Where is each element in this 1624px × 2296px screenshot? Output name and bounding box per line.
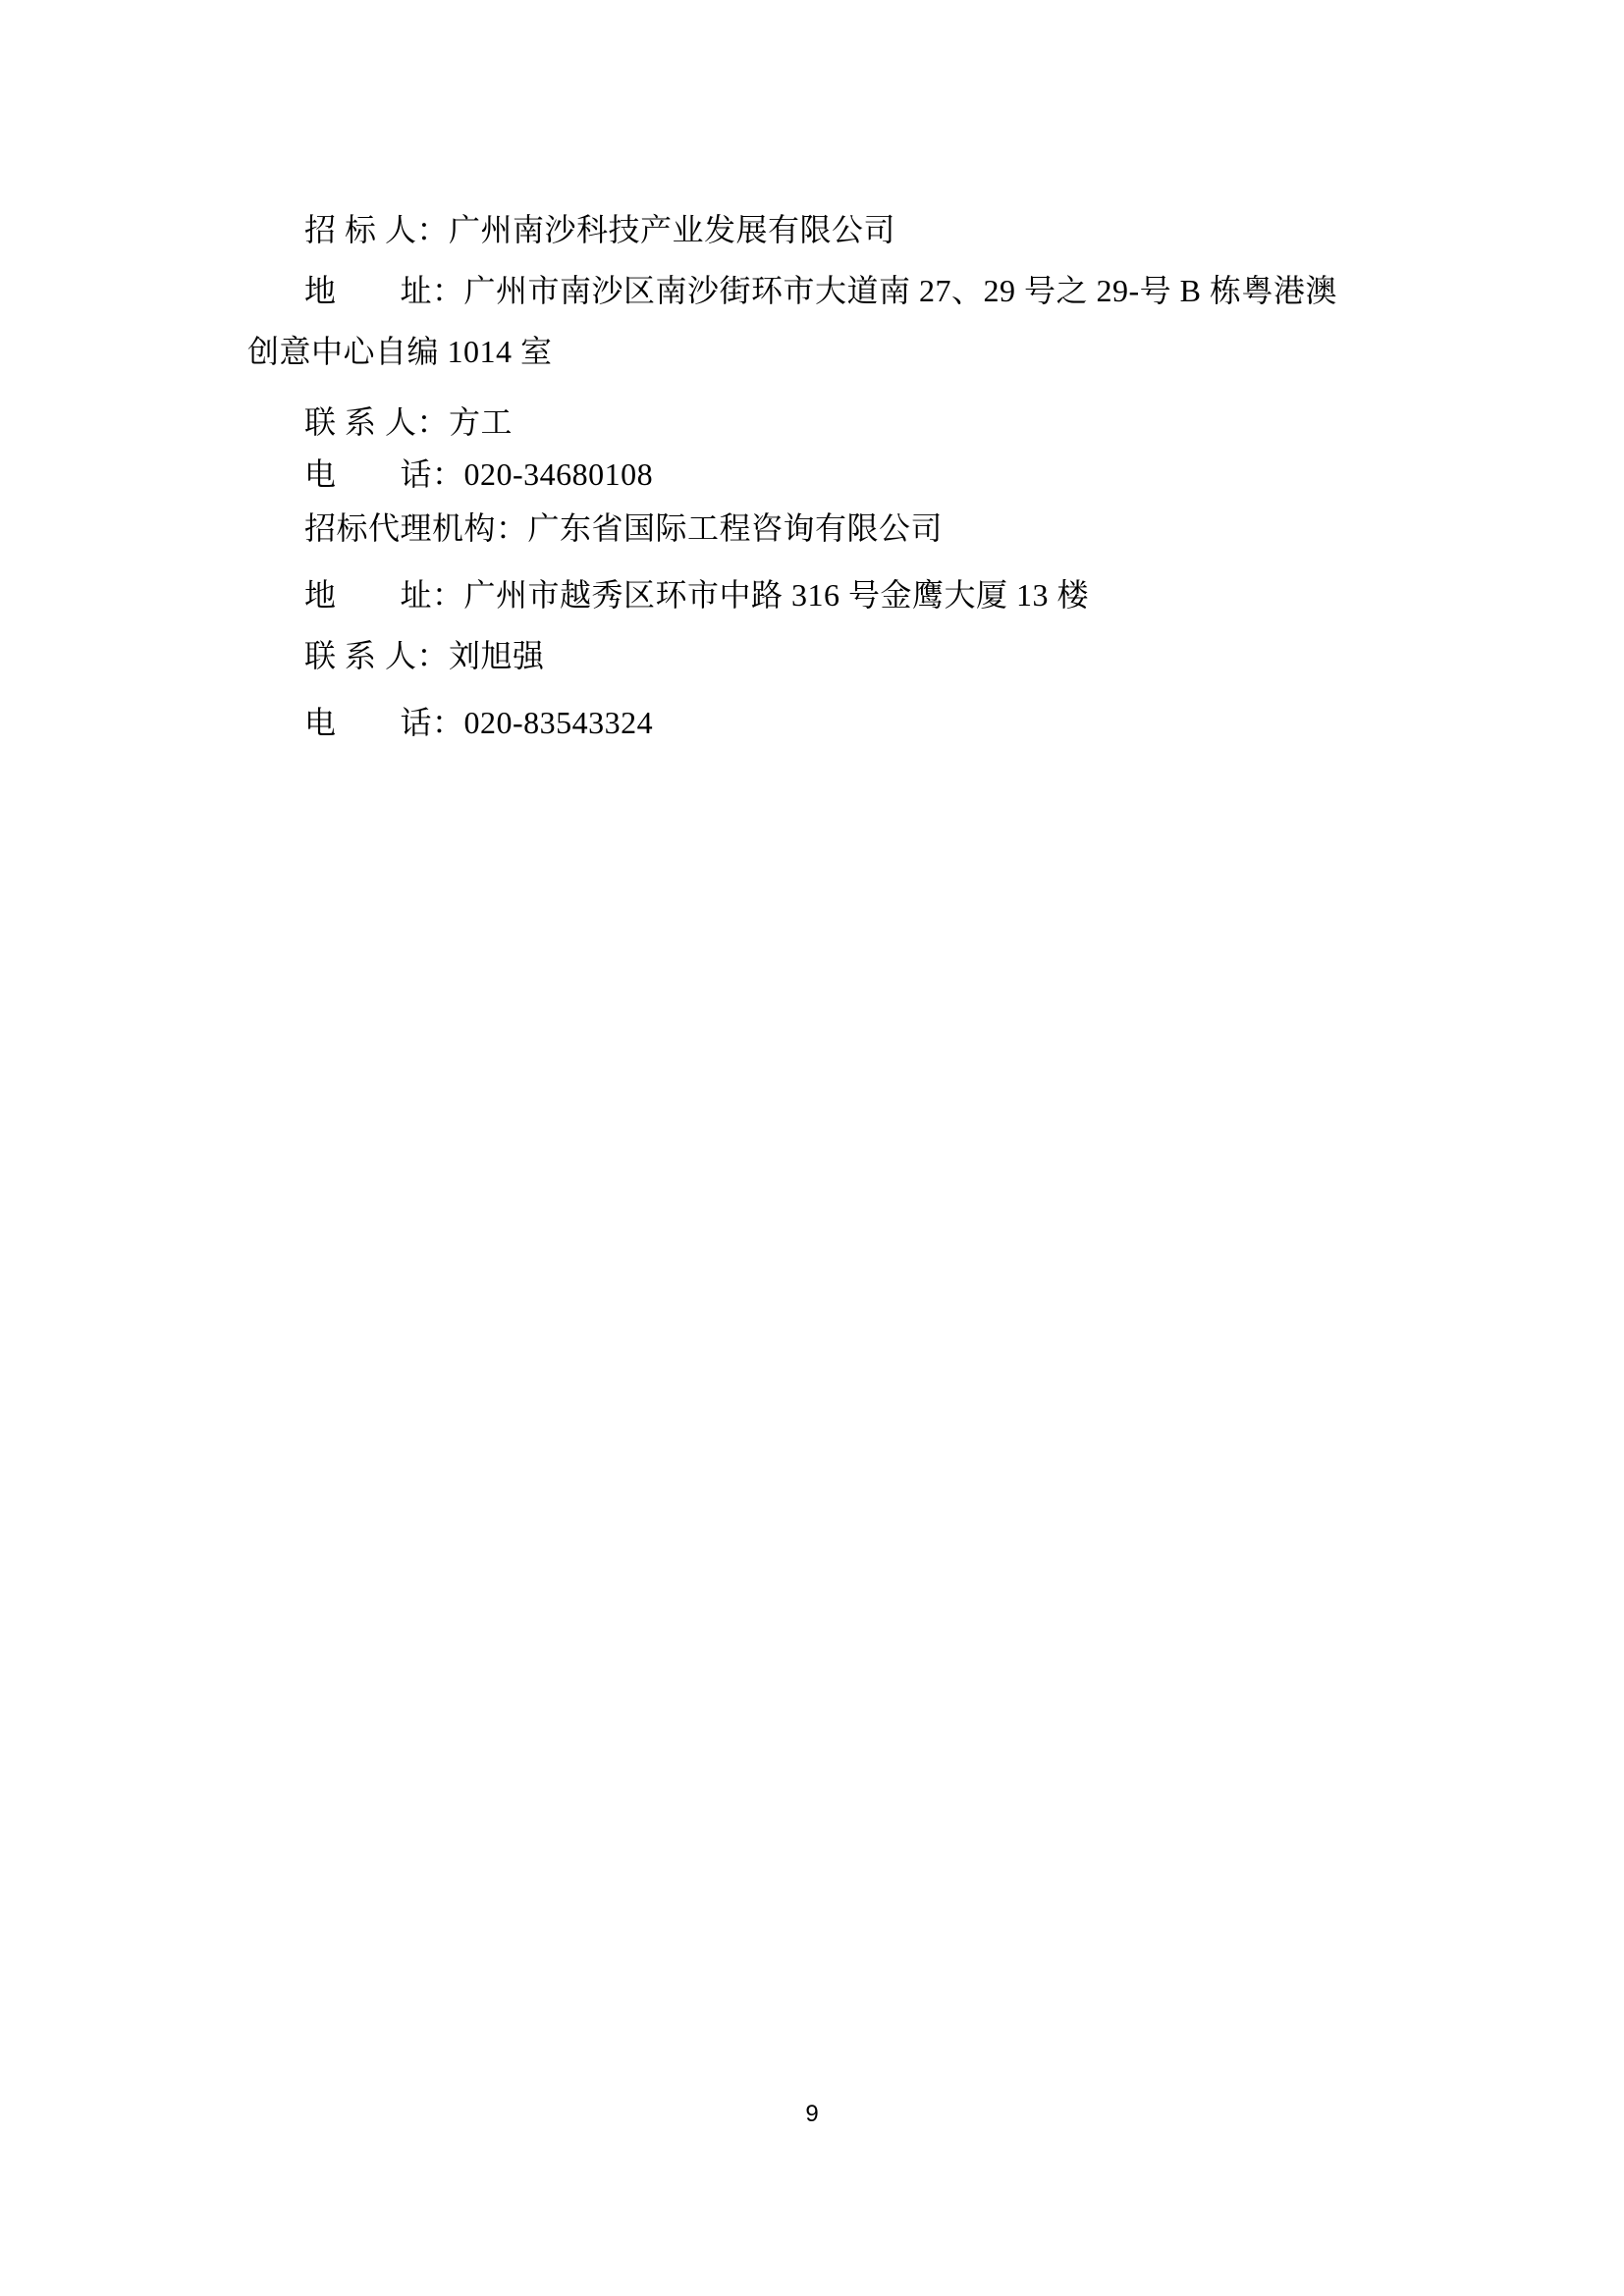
tenderer-name-line: 招 标 人：广州南沙科技产业发展有限公司 (304, 212, 895, 247)
tenderer-address-label: 地 址： (304, 273, 464, 308)
agency-address-label: 地 址： (304, 577, 464, 613)
document-page: 招 标 人：广州南沙科技产业发展有限公司 地 址：广州市南沙区南沙街环市大道南 … (0, 0, 1624, 2296)
tenderer-name-label: 招 标 人： (304, 212, 449, 247)
tenderer-address-line: 地 址：广州市南沙区南沙街环市大道南 27、29 号之 29-号 B 栋粤港澳 (304, 273, 1337, 308)
tenderer-contact-line: 联 系 人：方工 (304, 404, 513, 440)
tenderer-contact-label: 联 系 人： (304, 404, 449, 440)
tenderer-address-value-1: 广州市南沙区南沙街环市大道南 27、29 号之 29-号 B 栋粤港澳 (464, 273, 1338, 308)
tenderer-name-value: 广州南沙科技产业发展有限公司 (449, 212, 895, 247)
tenderer-phone-value: 020-34680108 (464, 456, 654, 492)
tenderer-contact-value: 方工 (449, 404, 513, 440)
agency-address-value: 广州市越秀区环市中路 316 号金鹰大厦 13 楼 (464, 577, 1090, 613)
agency-name-value: 广东省国际工程咨询有限公司 (528, 510, 944, 546)
tenderer-phone-label: 电 话： (304, 456, 464, 492)
agency-contact-label: 联 系 人： (304, 638, 449, 673)
agency-phone-label: 电 话： (304, 705, 464, 740)
agency-address-line: 地 址：广州市越秀区环市中路 316 号金鹰大厦 13 楼 (304, 577, 1089, 613)
agency-phone-value: 020-83543324 (464, 705, 654, 740)
agency-contact-line: 联 系 人：刘旭强 (304, 638, 545, 673)
tenderer-phone-line: 电 话：020-34680108 (304, 456, 653, 492)
agency-name-label: 招标代理机构： (304, 510, 528, 546)
tenderer-address-value-2: 创意中心自编 1014 室 (247, 334, 553, 369)
agency-phone-line: 电 话：020-83543324 (304, 705, 653, 740)
agency-name-line: 招标代理机构：广东省国际工程咨询有限公司 (304, 510, 943, 546)
page-number: 9 (0, 2101, 1624, 2128)
tenderer-address-wrap-line: 创意中心自编 1014 室 (247, 334, 553, 369)
agency-contact-value: 刘旭强 (449, 638, 545, 673)
